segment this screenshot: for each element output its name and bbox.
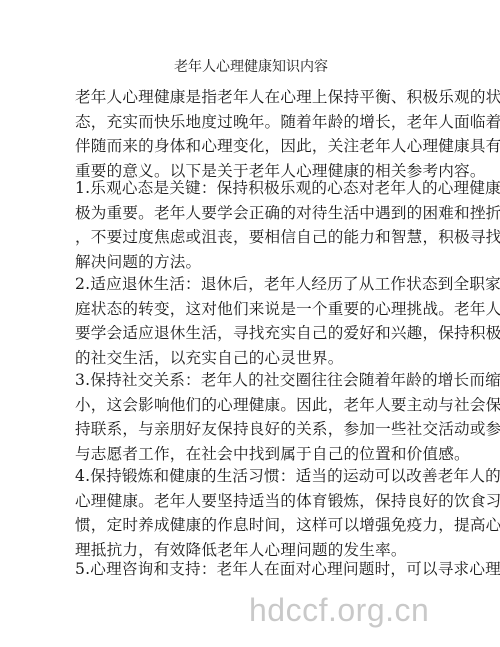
text-line: 小，这会影响他们的心理健康。因此，老年人要主动与社会保 <box>75 393 427 418</box>
text-line: 4.保持锻炼和健康的生活习惯：适当的运动可以改善老年人的 <box>75 464 427 489</box>
text-line: 伴随而来的身体和心理变化，因此，关注老年人心理健康具有 <box>75 134 427 159</box>
text-line: 持联系，与亲朋好友保持良好的关系，参加一些社交活动或参 <box>75 417 427 442</box>
text-line: 心理健康。老年人要坚持适当的体育锻炼，保持良好的饮食习 <box>75 489 427 514</box>
point-2-paragraph: 2.适应退休生活：退休后，老年人经历了从工作状态到全职家 庭状态的转变，这对他们… <box>75 272 427 370</box>
point-5-paragraph: 5.心理咨询和支持：老年人在面对心理问题时，可以寻求心理 <box>75 557 427 582</box>
point-4-paragraph: 4.保持锻炼和健康的生活习惯：适当的运动可以改善老年人的 心理健康。老年人要坚持… <box>75 464 427 562</box>
text-line: ，不要过度焦虑或沮丧，要相信自己的能力和智慧，积极寻找 <box>75 225 427 250</box>
watermark: hdccf.org.cn <box>249 592 429 629</box>
text-line: 与志愿者工作，在社会中找到属于自己的位置和价值感。 <box>75 442 427 467</box>
text-line: 要学会适应退休生活，寻找充实自己的爱好和兴趣，保持积极 <box>75 321 427 346</box>
document-title: 老年人心理健康知识内容 <box>75 58 427 76</box>
text-line: 极为重要。老年人要学会正确的对待生活中遇到的困难和挫折 <box>75 201 427 226</box>
text-line: 的社交生活，以充实自己的心灵世界。 <box>75 346 427 371</box>
text-line: 庭状态的转变，这对他们来说是一个重要的心理挑战。老年人 <box>75 297 427 322</box>
point-3-paragraph: 3.保持社交关系：老年人的社交圈往往会随着年龄的增长而缩 小，这会影响他们的心理… <box>75 368 427 466</box>
text-line: 惯，定时养成健康的作息时间，这样可以增强免疫力，提高心 <box>75 513 427 538</box>
text-line: 1.乐观心态是关键：保持积极乐观的心态对老年人的心理健康 <box>75 176 427 201</box>
point-1-paragraph: 1.乐观心态是关键：保持积极乐观的心态对老年人的心理健康 极为重要。老年人要学会… <box>75 176 427 274</box>
text-line: 态，充实而快乐地度过晚年。随着年龄的增长，老年人面临着 <box>75 110 427 135</box>
text-line: 5.心理咨询和支持：老年人在面对心理问题时，可以寻求心理 <box>75 557 427 582</box>
text-line: 2.适应退休生活：退休后，老年人经历了从工作状态到全职家 <box>75 272 427 297</box>
text-line: 老年人心理健康是指老年人在心理上保持平衡、积极乐观的状 <box>75 85 427 110</box>
text-line: 解决问题的方法。 <box>75 250 427 275</box>
intro-paragraph: 老年人心理健康是指老年人在心理上保持平衡、积极乐观的状 态，充实而快乐地度过晚年… <box>75 85 427 183</box>
text-line: 3.保持社交关系：老年人的社交圈往往会随着年龄的增长而缩 <box>75 368 427 393</box>
